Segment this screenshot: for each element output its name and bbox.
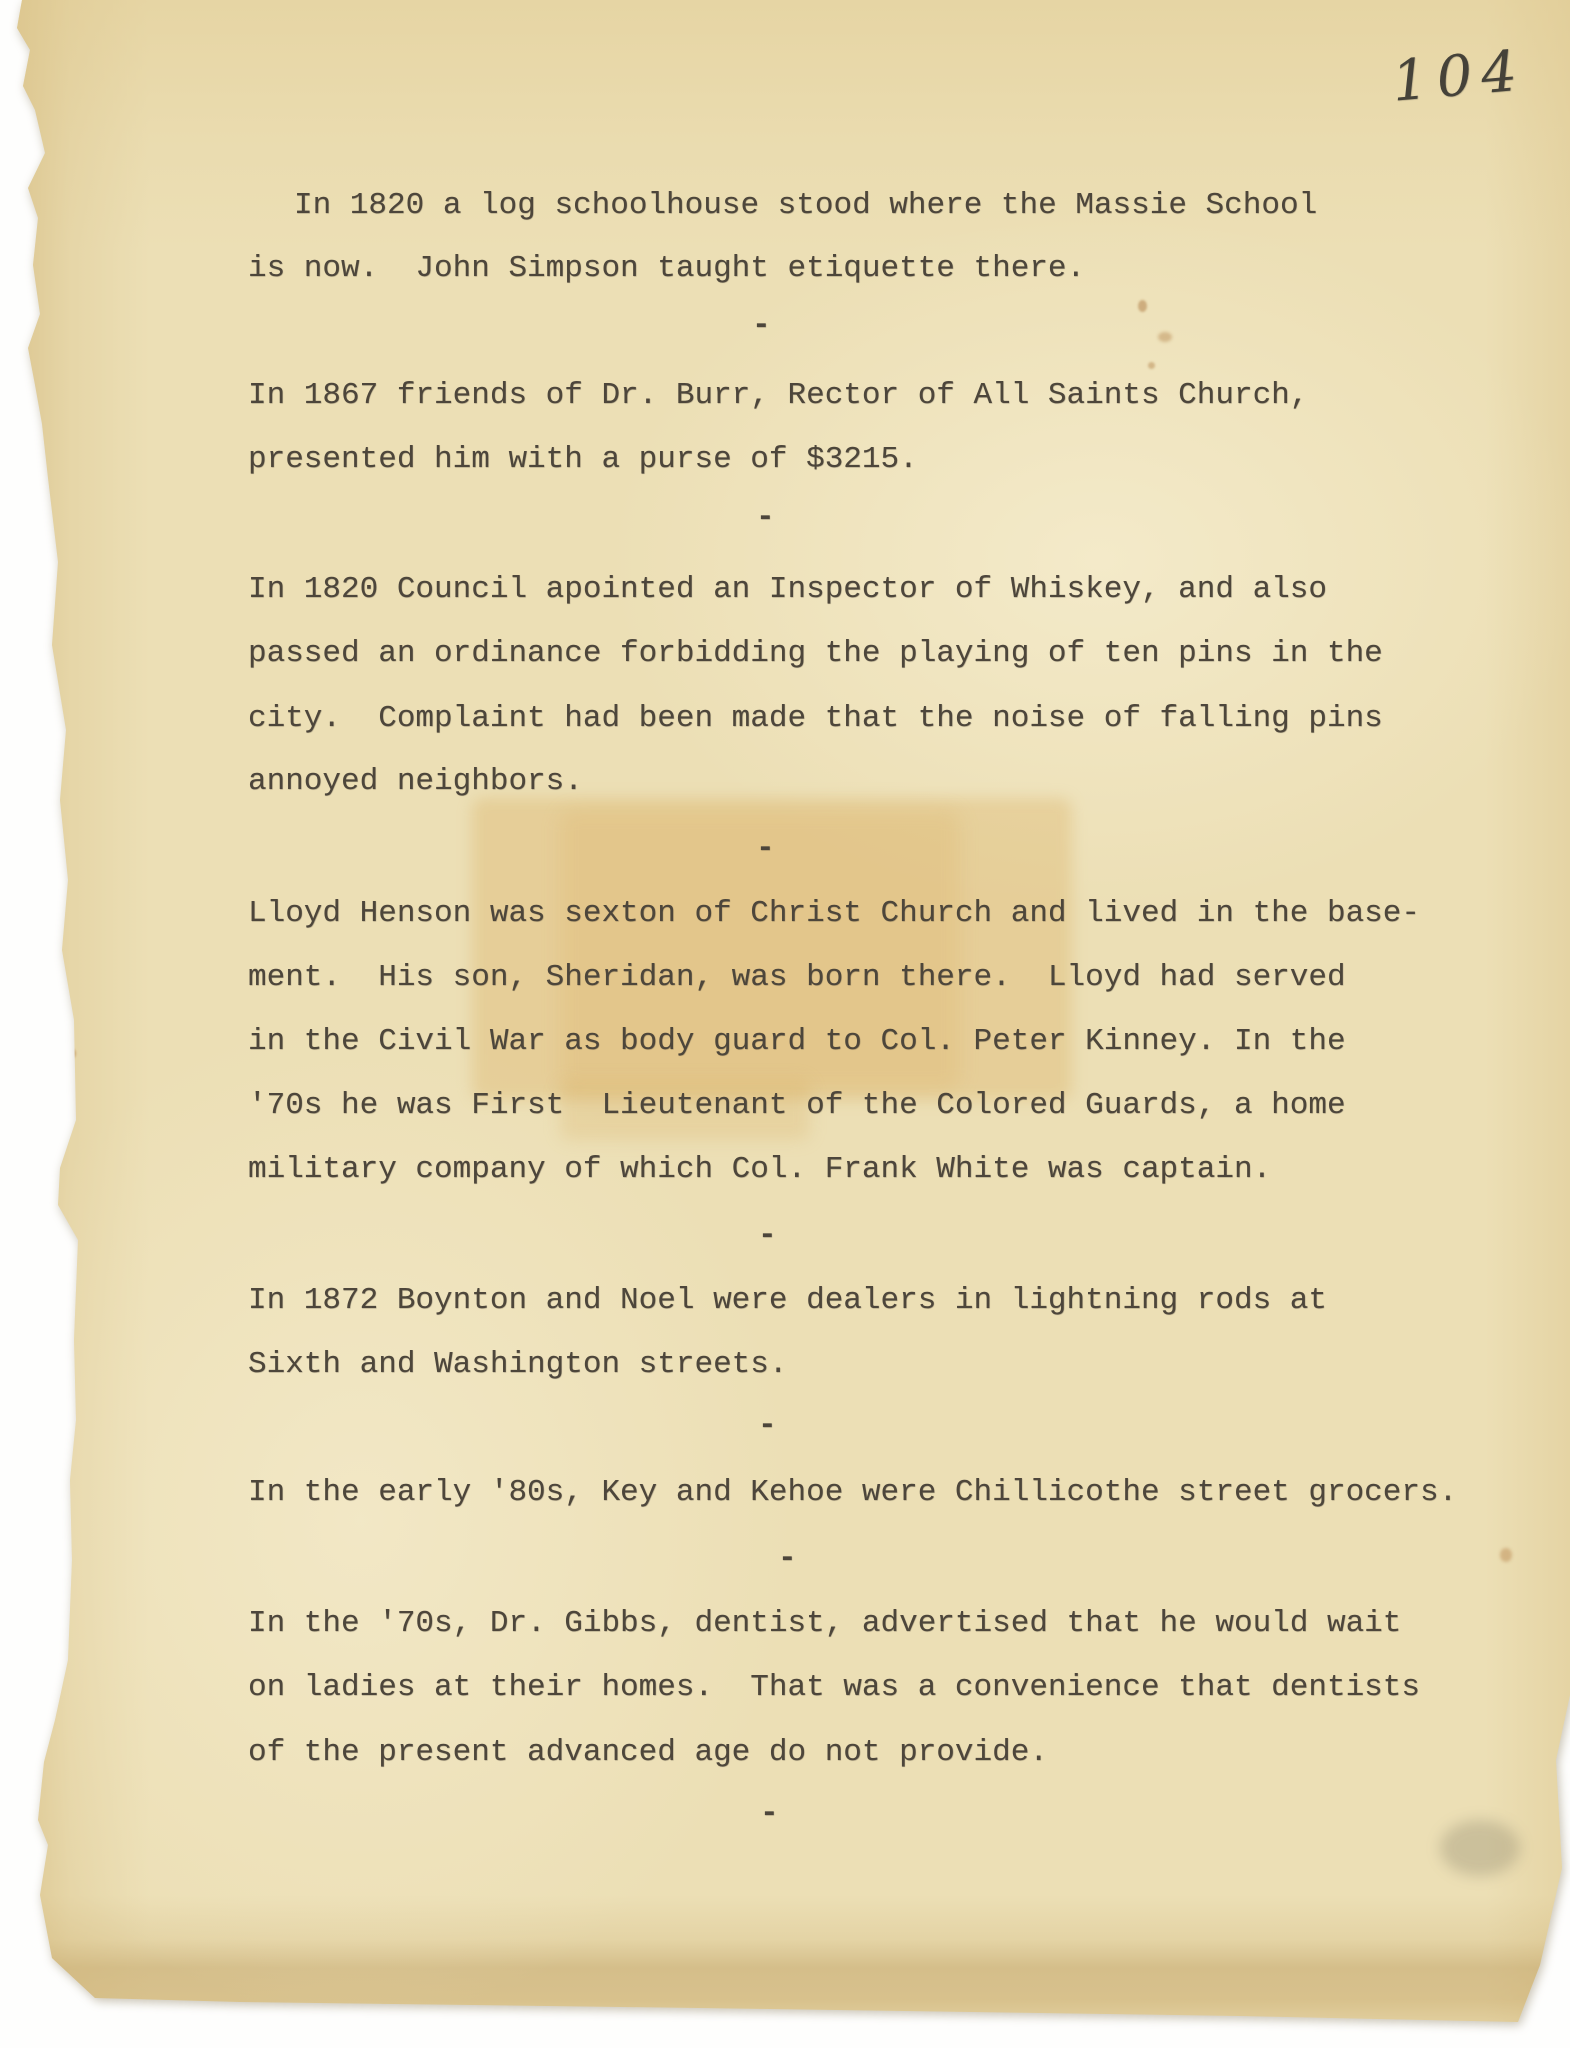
handwritten-page-number: 104: [1389, 38, 1528, 114]
text-line: In 1867 friends of Dr. Burr, Rector of A…: [248, 380, 1308, 411]
rust-speck: [1500, 1548, 1512, 1562]
separator-dash: -: [756, 502, 775, 533]
separator-dash: -: [760, 1798, 779, 1829]
rust-speck: [1138, 300, 1147, 312]
separator-dash: -: [752, 310, 771, 341]
text-line: of the present advanced age do not provi…: [248, 1737, 1048, 1768]
text-line: In the early '80s, Key and Kehoe were Ch…: [248, 1477, 1457, 1508]
text-line: In the '70s, Dr. Gibbs, dentist, adverti…: [248, 1608, 1401, 1639]
rust-speck: [1158, 332, 1172, 342]
separator-dash: -: [758, 1410, 777, 1441]
text-line: presented him with a purse of $3215.: [248, 444, 918, 475]
separator-dash: -: [756, 833, 775, 864]
pencil-smudge: [1440, 1820, 1520, 1876]
text-line: city. Complaint had been made that the n…: [248, 703, 1383, 734]
text-line: In 1820 Council apointed an Inspector of…: [248, 574, 1327, 605]
text-line: passed an ordinance forbidding the playi…: [248, 638, 1383, 669]
text-line: in the Civil War as body guard to Col. P…: [248, 1026, 1346, 1057]
text-line: ment. His son, Sheridan, was born there.…: [248, 962, 1346, 993]
text-line: In 1872 Boynton and Noel were dealers in…: [248, 1285, 1327, 1316]
rust-speck: [1148, 362, 1155, 369]
text-line: Sixth and Washington streets.: [248, 1349, 788, 1380]
text-line: In 1820 a log schoolhouse stood where th…: [294, 190, 1317, 221]
separator-dash: -: [778, 1543, 797, 1574]
text-line: Lloyd Henson was sexton of Christ Church…: [248, 898, 1420, 929]
text-line: '70s he was First Lieutenant of the Colo…: [248, 1090, 1346, 1121]
paper-page: 104 In 1820 a log schoolhouse stood wher…: [0, 0, 1570, 2048]
separator-dash: -: [758, 1220, 777, 1251]
rust-speck: [66, 1048, 76, 1059]
text-line: military company of which Col. Frank Whi…: [248, 1154, 1271, 1185]
text-line: is now. John Simpson taught etiquette th…: [248, 253, 1085, 284]
text-line: on ladies at their homes. That was a con…: [248, 1672, 1420, 1703]
scanned-page-wrapper: 104 In 1820 a log schoolhouse stood wher…: [0, 0, 1570, 2048]
text-line: annoyed neighbors.: [248, 766, 583, 797]
